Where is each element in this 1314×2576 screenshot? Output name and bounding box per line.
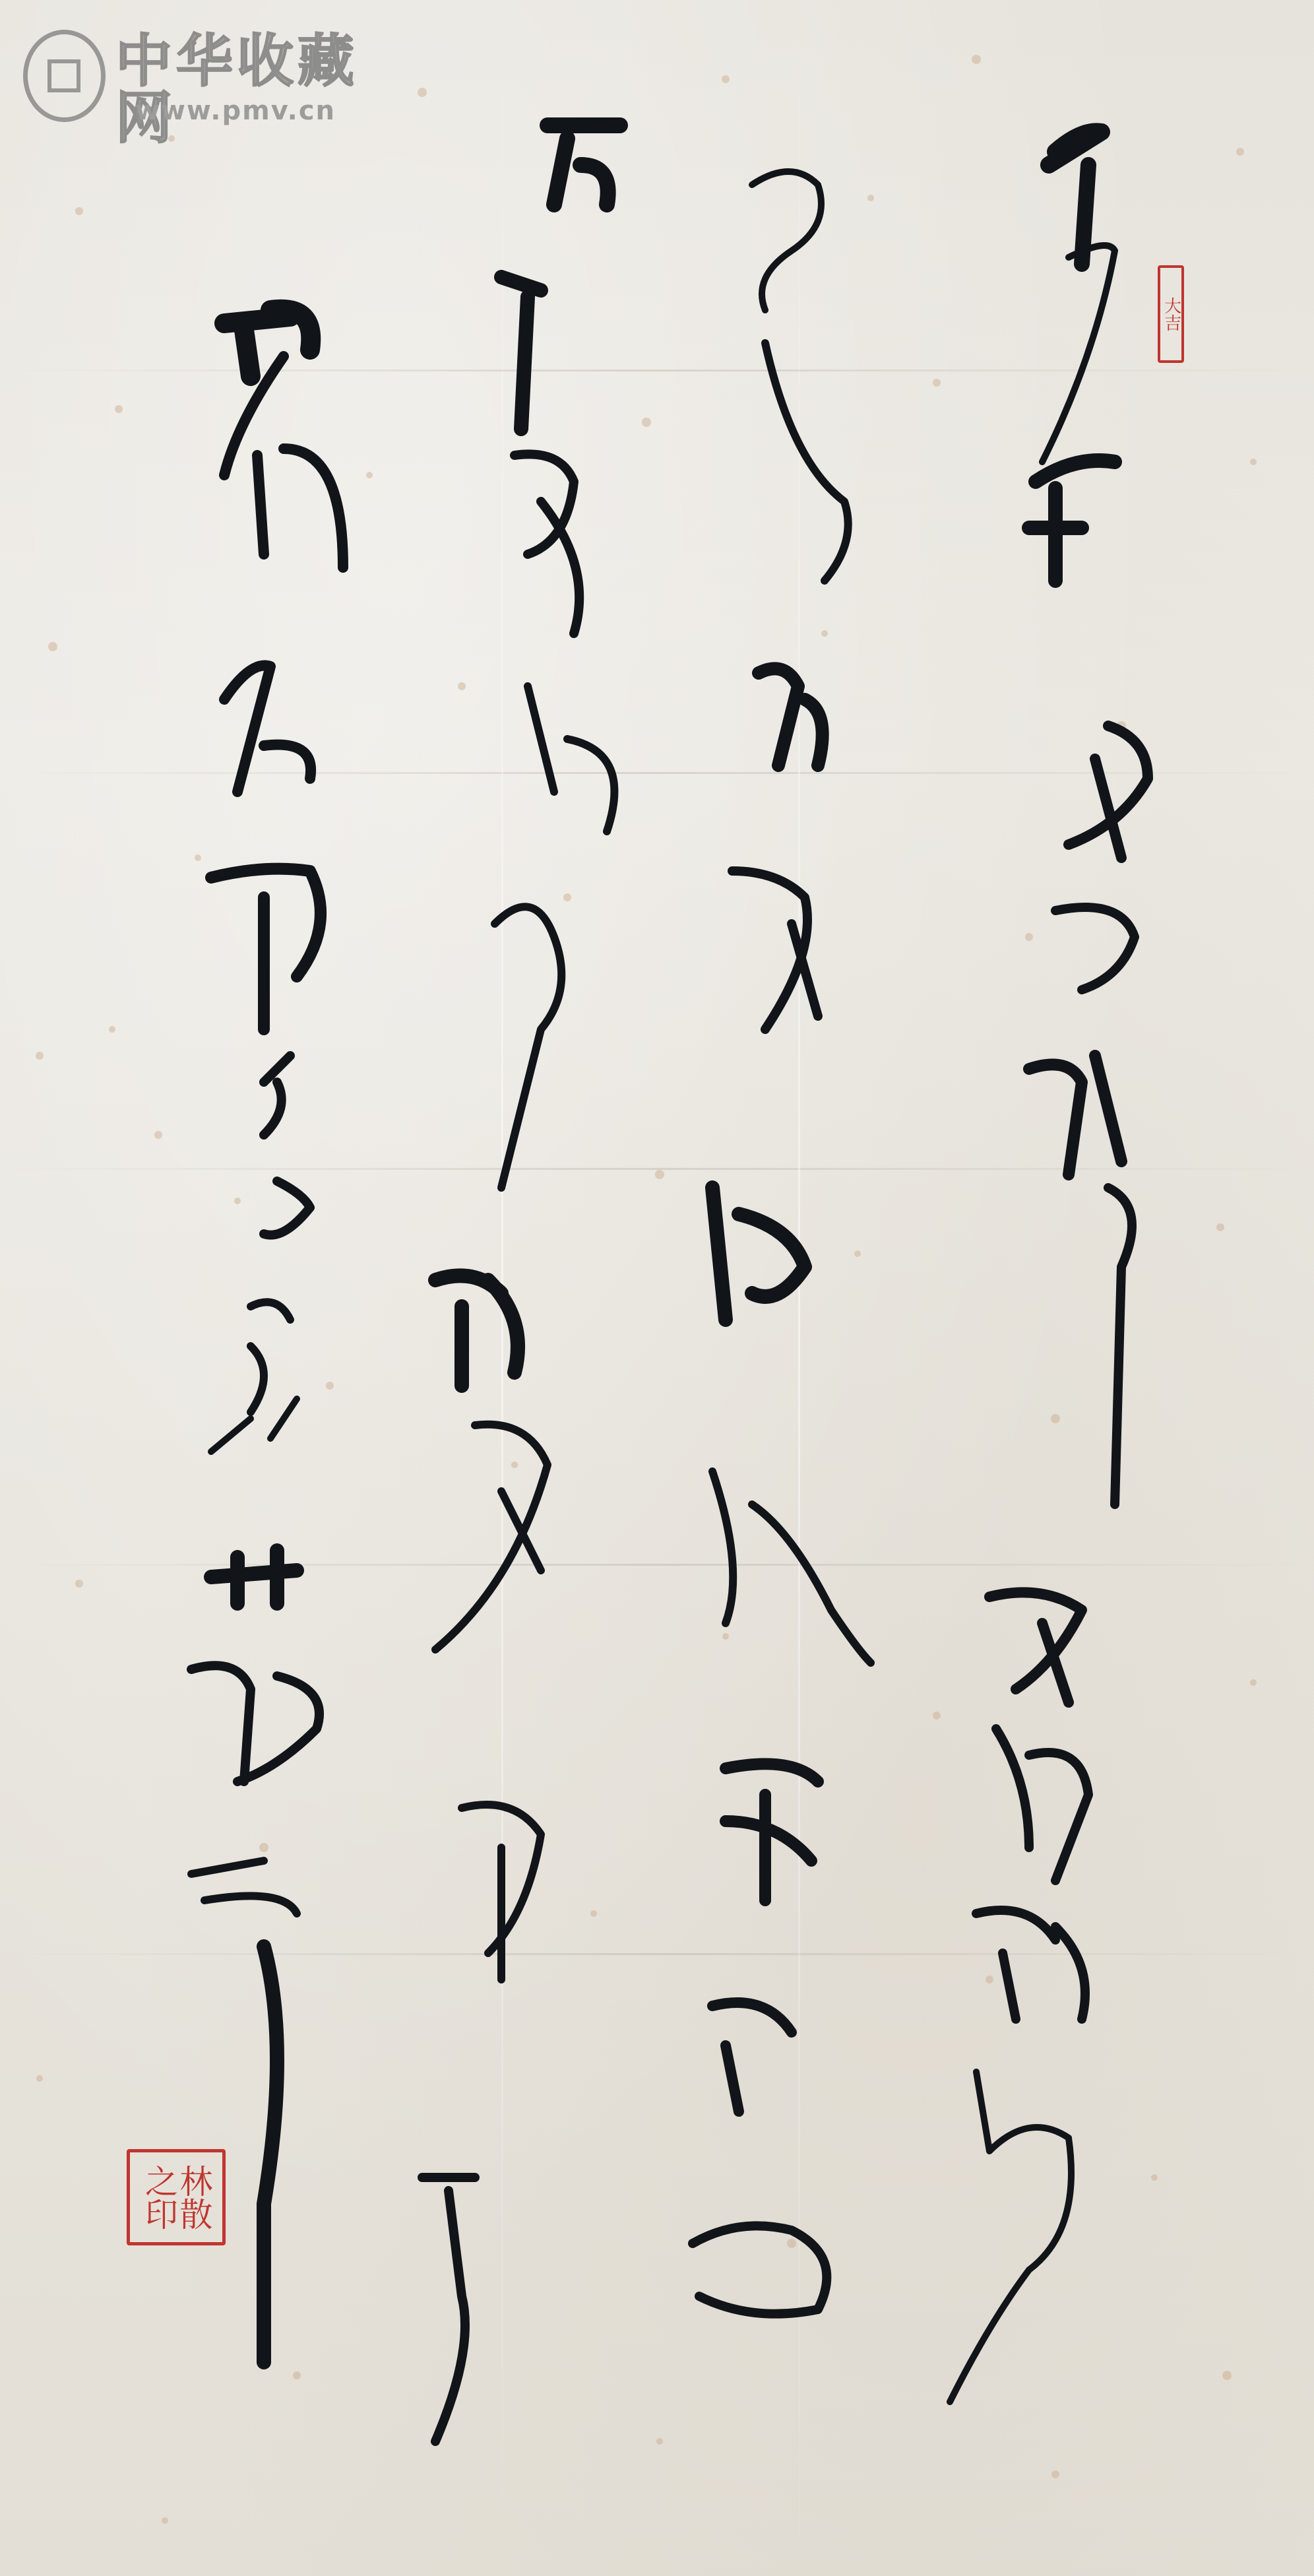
watermark-url: www.pmv.cn (135, 98, 336, 124)
red-seal-top: 大吉 (1158, 265, 1184, 363)
site-watermark: 中华收藏网 www.pmv.cn (23, 26, 366, 125)
watermark-site-name: 中华收藏网 (115, 33, 366, 146)
red-seal-signature: 林散之印 (127, 2149, 226, 2245)
coin-seal-icon (23, 30, 106, 122)
